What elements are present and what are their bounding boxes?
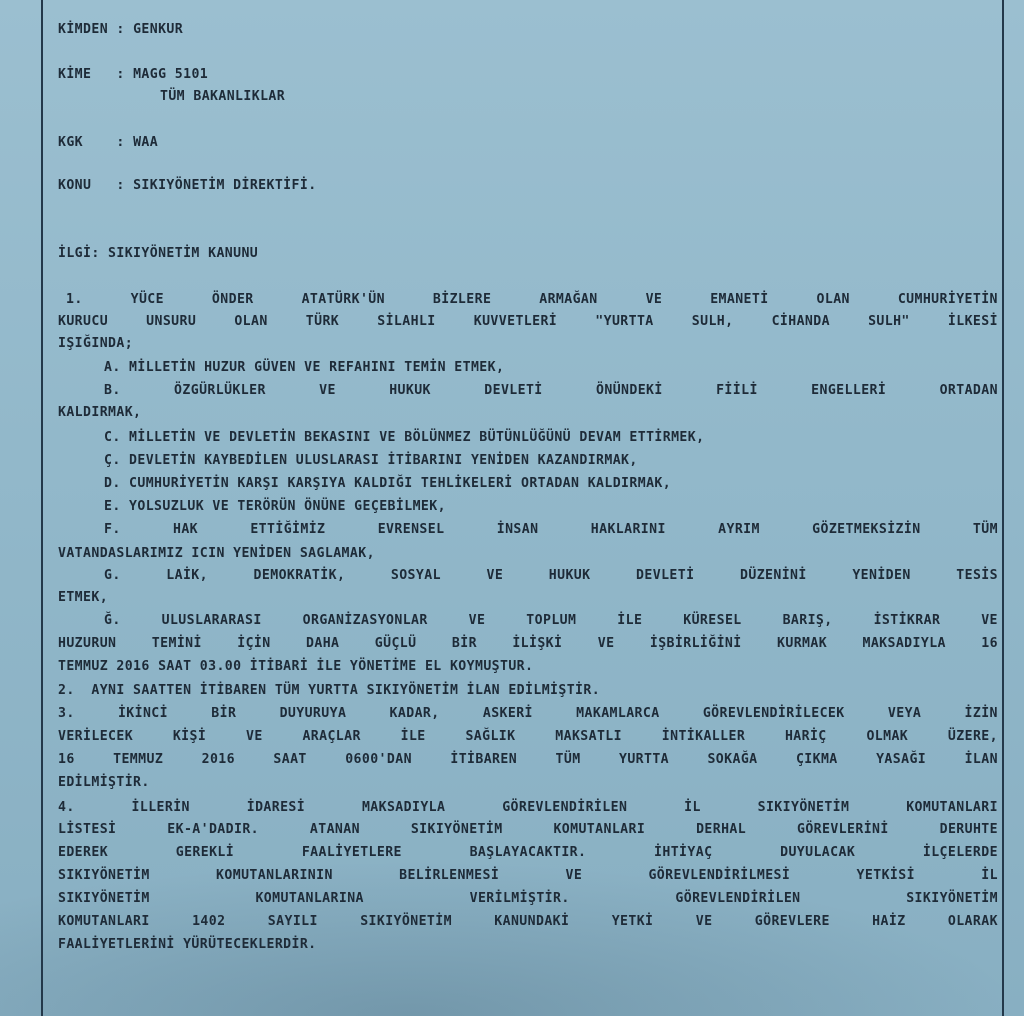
body-line: 2. AYNI SAATTEN İTİBAREN TÜM YURTTA SIKI… bbox=[58, 683, 600, 698]
body-line: Ğ.ULUSLARARASIORGANİZASYONLARVETOPLUMİLE… bbox=[104, 613, 998, 628]
body-line: A. MİLLETİN HUZUR GÜVEN VE REFAHINI TEMİ… bbox=[104, 360, 504, 375]
page-border-left bbox=[41, 0, 43, 1016]
body-line: B.ÖZGÜRLÜKLERVEHUKUKDEVLETİÖNÜNDEKİFİİLİ… bbox=[104, 383, 998, 398]
body-line: TEMMUZ 2016 SAAT 03.00 İTİBARİ İLE YÖNET… bbox=[58, 659, 533, 674]
from-value: GENKUR bbox=[133, 22, 183, 37]
from-row: KİMDEN : GENKUR bbox=[58, 22, 183, 37]
body-line: 1.YÜCEÖNDERATATÜRK'ÜNBİZLEREARMAĞANVEEMA… bbox=[66, 292, 998, 307]
reference-line: İLGİ: SIKIYÖNETİM KANUNU bbox=[58, 246, 258, 261]
body-line: SIKIYÖNETİMKOMUTANLARINAVERİLMİŞTİR.GÖRE… bbox=[58, 891, 998, 906]
kgk-row: KGK : WAA bbox=[58, 135, 158, 150]
body-line: G.LAİK,DEMOKRATİK,SOSYALVEHUKUKDEVLETİDÜ… bbox=[104, 568, 998, 583]
body-line: Ç. DEVLETİN KAYBEDİLEN ULUSLARASI İTİBAR… bbox=[104, 453, 638, 468]
subject-value: SIKIYÖNETİM DİREKTİFİ. bbox=[133, 178, 316, 193]
kgk-value: WAA bbox=[133, 135, 158, 150]
body-line: SIKIYÖNETİMKOMUTANLARININBELİRLENMESİVEG… bbox=[58, 868, 998, 883]
to-row: KİME : MAGG 5101 bbox=[58, 67, 208, 82]
body-line: 16TEMMUZ2016SAAT0600'DANİTİBARENTÜMYURTT… bbox=[58, 752, 998, 767]
to-value-1: MAGG 5101 bbox=[133, 67, 208, 82]
body-line: VATANDASLARIMIZ ICIN YENİDEN SAGLAMAK, bbox=[58, 546, 375, 561]
body-line: D. CUMHURİYETİN KARŞI KARŞIYA KALDIĞI TE… bbox=[104, 476, 671, 491]
to-value-2: TÜM BAKANLIKLAR bbox=[160, 89, 285, 104]
body-line: FAALİYETLERİNİ YÜRÜTECEKLERDİR. bbox=[58, 937, 317, 952]
body-line: EDİLMİŞTİR. bbox=[58, 775, 150, 790]
body-line: 3.İKİNCİBİRDUYURUYAKADAR,ASKERİMAKAMLARC… bbox=[58, 706, 998, 721]
from-label: KİMDEN bbox=[58, 22, 108, 37]
subject-label: KONU bbox=[58, 178, 91, 193]
body-line: KURUCUUNSURUOLANTÜRKSİLAHLIKUVVETLERİ"YU… bbox=[58, 314, 998, 329]
body-line: F.HAKETTİĞİMİZEVRENSELİNSANHAKLARINIAYRI… bbox=[104, 522, 998, 537]
subject-row: KONU : SIKIYÖNETİM DİREKTİFİ. bbox=[58, 178, 317, 193]
body-line: KOMUTANLARI1402SAYILISIKIYÖNETİMKANUNDAK… bbox=[58, 914, 998, 929]
body-line: 4.İLLERİNİDARESİMAKSADIYLAGÖREVLENDİRİLE… bbox=[58, 800, 998, 815]
kgk-label: KGK bbox=[58, 135, 83, 150]
body-line: IŞIĞINDA; bbox=[58, 336, 133, 351]
body-line: VERİLECEKKİŞİVEARAÇLARİLESAĞLIKMAKSATLIİ… bbox=[58, 729, 998, 744]
body-line: LİSTESİEK-A'DADIR.ATANANSIKIYÖNETİMKOMUT… bbox=[58, 822, 998, 837]
body-line: HUZURUNTEMİNİİÇİNDAHAGÜÇLÜBİRİLİŞKİVEİŞB… bbox=[58, 636, 998, 651]
to-label: KİME bbox=[58, 67, 91, 82]
body-line: C. MİLLETİN VE DEVLETİN BEKASINI VE BÖLÜ… bbox=[104, 430, 704, 445]
body-line: KALDIRMAK, bbox=[58, 405, 141, 420]
page-border-right bbox=[1002, 0, 1004, 1016]
body-line: ETMEK, bbox=[58, 590, 108, 605]
body-line: EDEREKGEREKLİFAALİYETLEREBAŞLAYACAKTIR.İ… bbox=[58, 845, 998, 860]
body-line: E. YOLSUZLUK VE TERÖRÜN ÖNÜNE GEÇEBİLMEK… bbox=[104, 499, 446, 514]
